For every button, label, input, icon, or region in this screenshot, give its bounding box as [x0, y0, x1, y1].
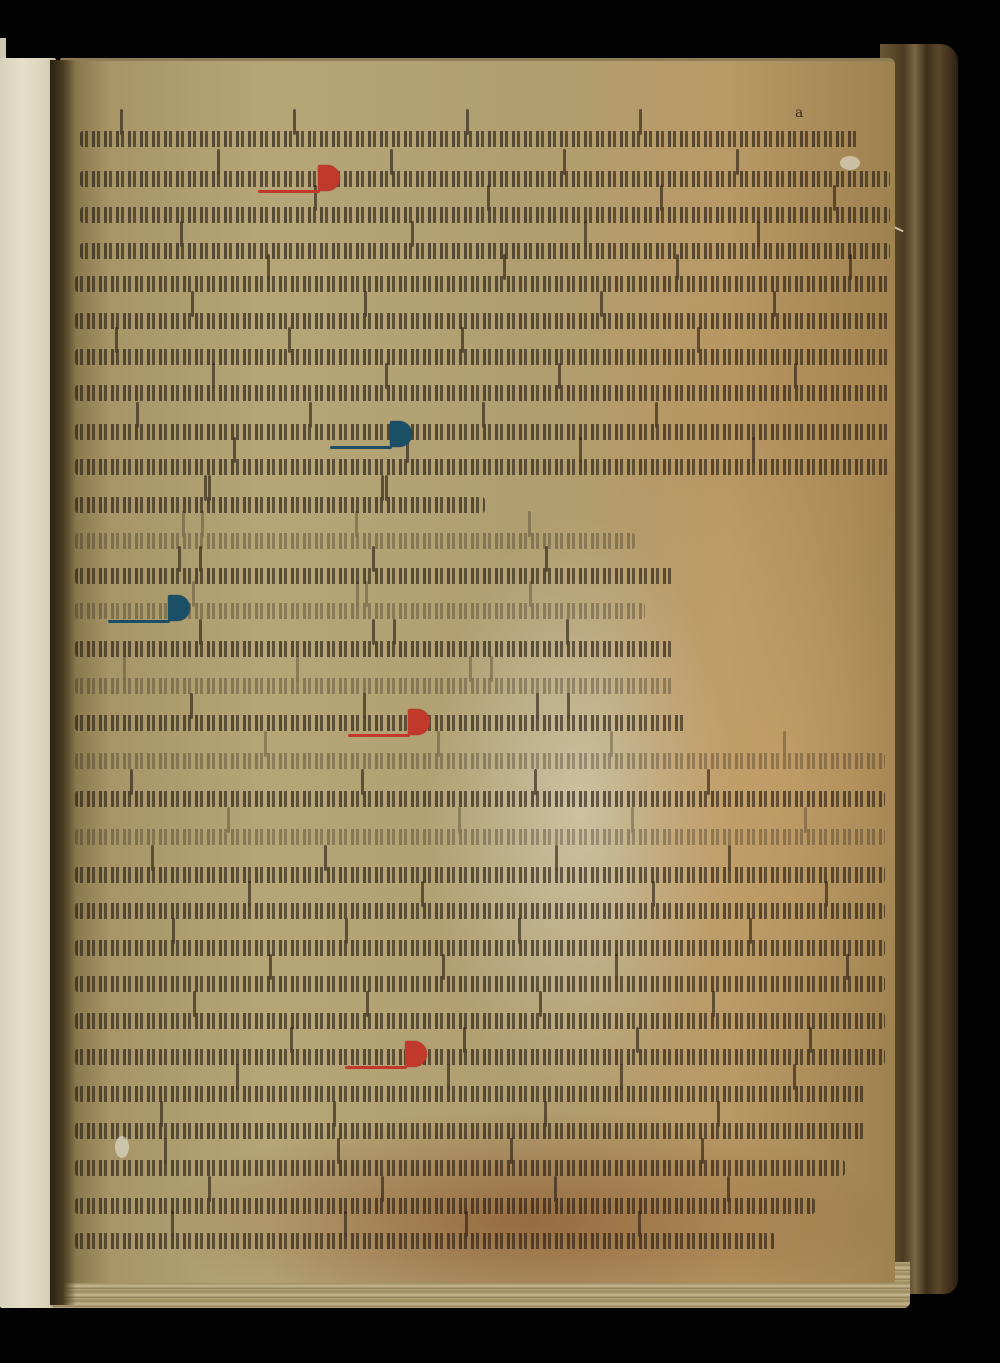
letter-stroke [794, 363, 797, 389]
letter-stroke [752, 437, 755, 463]
letter-stroke [269, 954, 272, 980]
letter-stroke [151, 845, 154, 871]
letter-stroke [199, 546, 202, 572]
letter-stroke [191, 291, 194, 317]
letter-stroke [833, 185, 836, 211]
manuscript-line [75, 1198, 815, 1214]
letter-stroke [372, 546, 375, 572]
letter-stroke [809, 1027, 812, 1053]
gutter-shadow [50, 60, 76, 1305]
abrasion-spot [115, 1136, 129, 1158]
letter-stroke [324, 845, 327, 871]
initial-flourish [345, 1066, 407, 1069]
manuscript-line [75, 753, 885, 769]
letter-stroke [248, 881, 251, 907]
letter-stroke [469, 656, 472, 682]
letter-stroke [503, 254, 506, 280]
manuscript-line [75, 829, 885, 845]
letter-stroke [171, 1211, 174, 1237]
letter-stroke [172, 918, 175, 944]
letter-stroke [783, 731, 786, 757]
manuscript-line [75, 1233, 775, 1249]
letter-stroke [381, 1176, 384, 1202]
manuscript-line [75, 976, 885, 992]
letter-stroke [204, 475, 207, 501]
letter-stroke [697, 327, 700, 353]
letter-stroke [610, 731, 613, 757]
initial-flourish [108, 620, 170, 623]
facing-page-left [0, 58, 56, 1308]
manuscript-line [75, 1086, 865, 1102]
letter-stroke [563, 149, 566, 175]
letter-stroke [201, 511, 204, 537]
letter-stroke [217, 149, 220, 175]
manuscript-line [75, 903, 885, 919]
letter-stroke [482, 402, 485, 428]
letter-stroke [600, 291, 603, 317]
letter-stroke [536, 693, 539, 719]
manuscript-line [80, 131, 860, 147]
initial-flourish [330, 446, 392, 449]
letter-stroke [309, 402, 312, 428]
letter-stroke [290, 1027, 293, 1053]
letter-stroke [208, 1176, 211, 1202]
letter-stroke [381, 475, 384, 501]
letter-stroke [264, 731, 267, 757]
letter-stroke [638, 1211, 641, 1237]
letter-stroke [385, 475, 388, 501]
letter-stroke [554, 1176, 557, 1202]
letter-stroke [825, 881, 828, 907]
letter-stroke [639, 109, 642, 135]
letter-stroke [365, 581, 368, 607]
letter-stroke [193, 991, 196, 1017]
manuscript-line [75, 568, 675, 584]
manuscript-line [75, 715, 685, 731]
letter-stroke [631, 807, 634, 833]
letter-stroke [728, 845, 731, 871]
manuscript-line [75, 276, 890, 292]
letter-stroke [136, 402, 139, 428]
letter-stroke [333, 1101, 336, 1127]
manuscript-line [75, 867, 885, 883]
letter-stroke [421, 881, 424, 907]
letter-stroke [849, 254, 852, 280]
red-rubricated-initial [318, 165, 340, 191]
letter-stroke [579, 437, 582, 463]
folio-mark: a [795, 108, 805, 118]
letter-stroke [356, 581, 359, 607]
manuscript-line [75, 459, 890, 475]
letter-stroke [757, 221, 760, 247]
letter-stroke [636, 1027, 639, 1053]
letter-stroke [267, 254, 270, 280]
letter-stroke [544, 1101, 547, 1127]
letter-stroke [545, 546, 548, 572]
letter-stroke [437, 731, 440, 757]
letter-stroke [510, 1138, 513, 1164]
letter-stroke [199, 619, 202, 645]
letter-stroke [458, 807, 461, 833]
letter-stroke [123, 656, 126, 682]
letter-stroke [178, 546, 181, 572]
letter-stroke [208, 475, 211, 501]
letter-stroke [344, 1211, 347, 1237]
letter-stroke [466, 109, 469, 135]
manuscript-line [75, 1160, 845, 1176]
letter-stroke [749, 918, 752, 944]
letter-stroke [160, 1101, 163, 1127]
letter-stroke [293, 109, 296, 135]
letter-stroke [736, 149, 739, 175]
letter-stroke [707, 769, 710, 795]
red-rubricated-initial [408, 709, 430, 735]
letter-stroke [314, 185, 317, 211]
letter-stroke [372, 619, 375, 645]
manuscript-leaf [60, 58, 895, 1283]
letter-stroke [717, 1101, 720, 1127]
abrasion-spot [840, 156, 860, 170]
letter-stroke [518, 918, 521, 944]
letter-stroke [846, 954, 849, 980]
letter-stroke [192, 581, 195, 607]
letter-stroke [584, 221, 587, 247]
letter-stroke [393, 619, 396, 645]
letter-stroke [130, 769, 133, 795]
letter-stroke [345, 918, 348, 944]
letter-stroke [528, 511, 531, 537]
letter-stroke [337, 1138, 340, 1164]
letter-stroke [804, 807, 807, 833]
letter-stroke [529, 581, 532, 607]
letter-stroke [463, 1027, 466, 1053]
letter-stroke [190, 693, 193, 719]
manuscript-line [75, 641, 675, 657]
letter-stroke [227, 807, 230, 833]
letter-stroke [567, 693, 570, 719]
manuscript-line [80, 171, 890, 187]
manuscript-line [75, 1013, 885, 1029]
letter-stroke [361, 769, 364, 795]
letter-stroke [465, 1211, 468, 1237]
letter-stroke [212, 363, 215, 389]
letter-stroke [701, 1138, 704, 1164]
letter-stroke [363, 693, 366, 719]
letter-stroke [793, 1064, 796, 1090]
manuscript-line [75, 349, 890, 365]
manuscript-line [75, 385, 890, 401]
letter-stroke [534, 769, 537, 795]
letter-stroke [366, 991, 369, 1017]
letter-stroke [652, 881, 655, 907]
letter-stroke [727, 1176, 730, 1202]
letter-stroke [296, 656, 299, 682]
letter-stroke [620, 1064, 623, 1090]
initial-flourish [348, 734, 410, 737]
letter-stroke [233, 437, 236, 463]
manuscript-line [80, 207, 890, 223]
letter-stroke [385, 363, 388, 389]
manuscript-line [75, 940, 885, 956]
letter-stroke [539, 991, 542, 1017]
letter-stroke [447, 1064, 450, 1090]
manuscript-line [75, 1123, 865, 1139]
letter-stroke [566, 619, 569, 645]
letter-stroke [555, 845, 558, 871]
letter-stroke [288, 327, 291, 353]
letter-stroke [355, 511, 358, 537]
letter-stroke [442, 954, 445, 980]
letter-stroke [676, 254, 679, 280]
manuscript-line [80, 243, 890, 259]
letter-stroke [461, 327, 464, 353]
letter-stroke [490, 656, 493, 682]
letter-stroke [115, 327, 118, 353]
letter-stroke [712, 991, 715, 1017]
letter-stroke [390, 149, 393, 175]
letter-stroke [120, 109, 123, 135]
letter-stroke [487, 185, 490, 211]
initial-flourish [258, 190, 320, 193]
manuscript-line [75, 1049, 885, 1065]
letter-stroke [364, 291, 367, 317]
letter-stroke [773, 291, 776, 317]
letter-stroke [558, 363, 561, 389]
letter-stroke [180, 221, 183, 247]
manuscript-line [75, 603, 645, 619]
manuscript-line [75, 313, 890, 329]
manuscript-line [75, 791, 885, 807]
manuscript-line [75, 497, 485, 513]
manuscript-line [75, 424, 890, 440]
manuscript-line [75, 533, 635, 549]
letter-stroke [660, 185, 663, 211]
letter-stroke [182, 511, 185, 537]
letter-stroke [236, 1064, 239, 1090]
letter-stroke [615, 954, 618, 980]
manuscript-line [75, 678, 675, 694]
letter-stroke [411, 221, 414, 247]
letter-stroke [655, 402, 658, 428]
letter-stroke [164, 1138, 167, 1164]
